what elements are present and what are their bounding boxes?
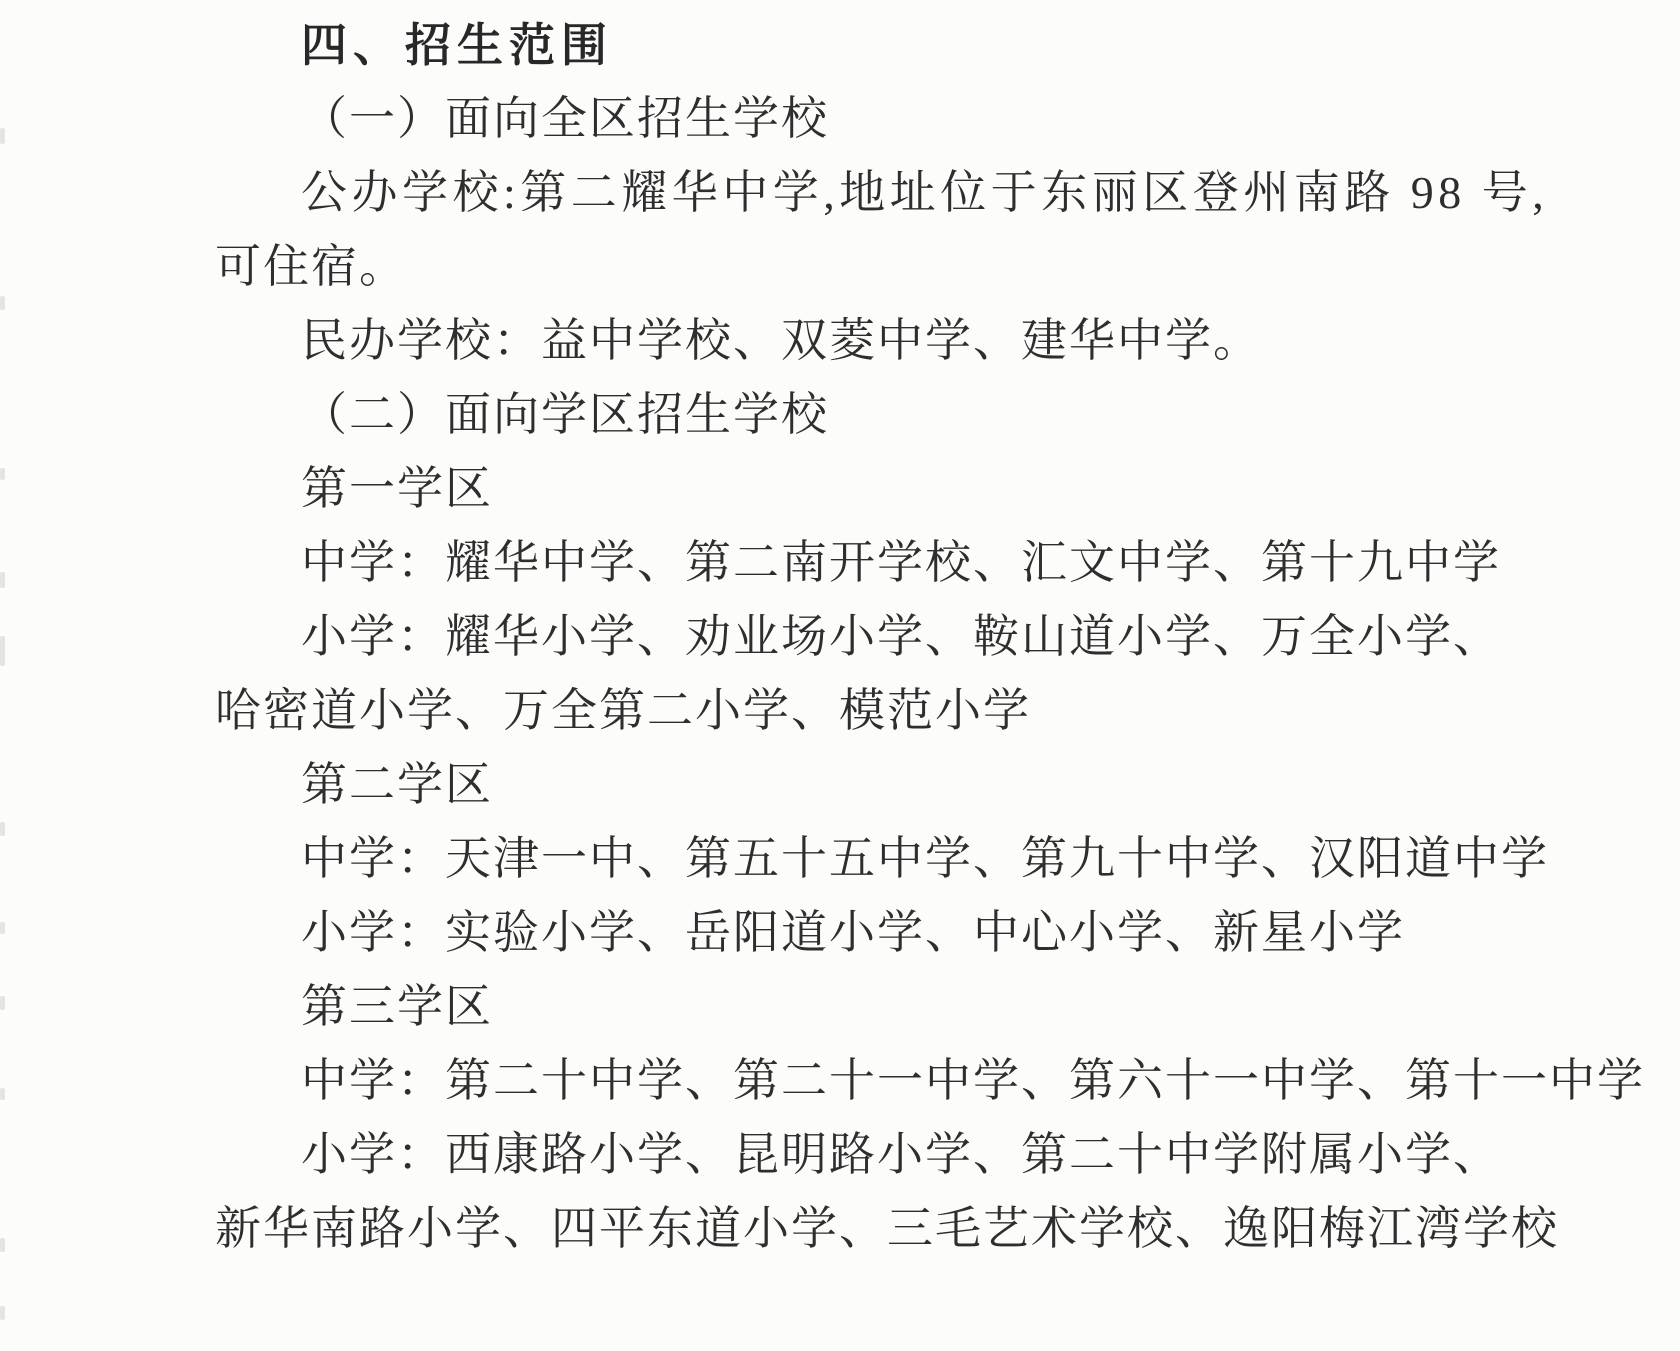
section-heading: 四、招生范围 xyxy=(301,8,1640,82)
district-3-middle-schools: 中学：第二十中学、第二十一中学、第六十一中学、第十一中学 xyxy=(301,1044,1640,1118)
scan-artifact xyxy=(0,636,5,666)
district-1-middle-schools: 中学：耀华中学、第二南开学校、汇文中学、第十九中学 xyxy=(301,526,1640,600)
public-school-line: 公办学校:第二耀华中学,地址位于东丽区登州南路 98 号, xyxy=(301,156,1640,230)
subsection-1-heading: （一）面向全区招生学校 xyxy=(301,82,1640,156)
scan-artifact xyxy=(0,296,5,310)
scan-artifact xyxy=(0,128,5,144)
public-school-line-continuation: 可住宿。 xyxy=(215,230,1640,304)
scanned-document-page: 四、招生范围 （一）面向全区招生学校 公办学校:第二耀华中学,地址位于东丽区登州… xyxy=(0,0,1680,1351)
scan-artifact xyxy=(0,572,5,588)
scan-artifact xyxy=(0,468,5,480)
scan-artifact xyxy=(0,1088,5,1100)
district-3-heading: 第三学区 xyxy=(301,970,1640,1044)
district-1-primary-continuation: 哈密道小学、万全第二小学、模范小学 xyxy=(215,674,1640,748)
subsection-2-heading: （二）面向学区招生学校 xyxy=(301,378,1640,452)
scan-artifact xyxy=(0,822,5,836)
scan-artifact xyxy=(0,996,5,1010)
district-3-primary-continuation: 新华南路小学、四平东道小学、三毛艺术学校、逸阳梅江湾学校 xyxy=(215,1192,1640,1266)
district-1-primary-schools: 小学：耀华小学、劝业场小学、鞍山道小学、万全小学、 xyxy=(301,600,1640,674)
district-2-middle-schools: 中学：天津一中、第五十五中学、第九十中学、汉阳道中学 xyxy=(301,822,1640,896)
district-2-heading: 第二学区 xyxy=(301,748,1640,822)
district-2-primary-schools: 小学：实验小学、岳阳道小学、中心小学、新星小学 xyxy=(301,896,1640,970)
document-text-block: 四、招生范围 （一）面向全区招生学校 公办学校:第二耀华中学,地址位于东丽区登州… xyxy=(215,8,1640,1266)
scan-artifact xyxy=(0,1306,5,1320)
private-school-line: 民办学校：益中学校、双菱中学、建华中学。 xyxy=(301,304,1640,378)
district-3-primary-schools: 小学：西康路小学、昆明路小学、第二十中学附属小学、 xyxy=(301,1118,1640,1192)
district-1-heading: 第一学区 xyxy=(301,452,1640,526)
scan-artifact xyxy=(0,922,5,934)
scan-artifact xyxy=(0,1238,5,1252)
